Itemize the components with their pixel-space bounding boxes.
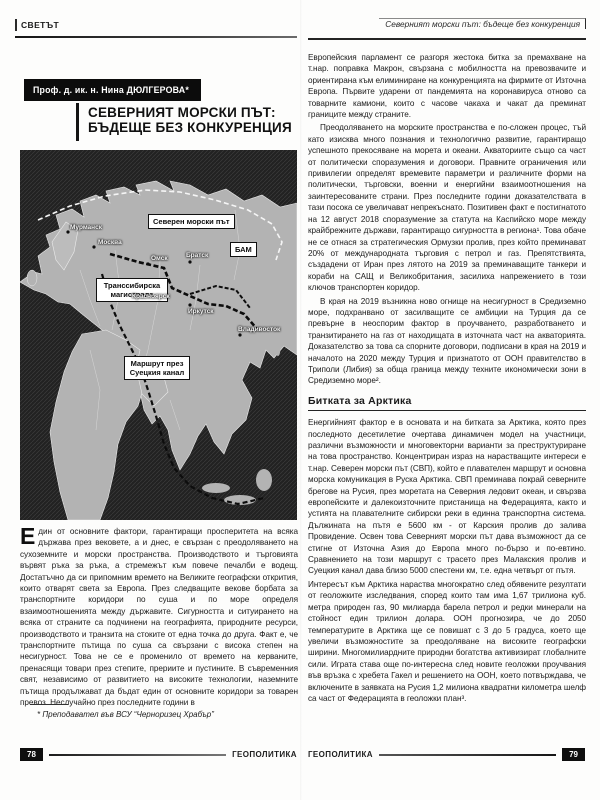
- left-journal-name: ГЕОПОЛИТИКА: [232, 750, 297, 759]
- left-footer: 78 ГЕОПОЛИТИКА: [20, 748, 297, 761]
- section-heading: Битката за Арктика: [308, 396, 586, 411]
- right-footer-rule: [379, 754, 556, 756]
- paragraph: В края на 2019 възникна ново огнище на н…: [308, 296, 586, 387]
- map-city-irkutsk: Иркутск: [188, 308, 214, 315]
- right-footer: ГЕОПОЛИТИКА 79: [308, 748, 585, 761]
- right-body-column: Европейския парламент се разгоря жестока…: [308, 52, 586, 706]
- paragraph: Енергийният фактор е в основата и на бит…: [308, 417, 586, 577]
- author-byline: Проф. д. ик. н. Нина ДЮЛГЕРОВА*: [24, 79, 201, 101]
- map-graphic: [20, 150, 297, 520]
- running-head-text: Северният морски път: бъдеще без конкуре…: [379, 18, 586, 29]
- paragraph: Преодоляването на морските пространства …: [308, 122, 586, 293]
- map-city-murmansk: Мурманск: [70, 224, 102, 231]
- left-body-text: Един от основните фактори, гарантиращи п…: [20, 526, 298, 709]
- right-journal-name: ГЕОПОЛИТИКА: [308, 750, 373, 759]
- article-title-line2: БЪДЕЩЕ БЕЗ КОНКУРЕНЦИЯ: [88, 120, 292, 135]
- map-label-northern-sea-route: Северен морски път: [148, 214, 235, 229]
- article-title-line1: СЕВЕРНИЯТ МОРСКИ ПЪТ:: [88, 105, 292, 120]
- section-kicker: СВЕТЪТ: [15, 19, 59, 31]
- article-title: СЕВЕРНИЯТ МОРСКИ ПЪТ: БЪДЕЩЕ БЕЗ КОНКУРЕ…: [88, 105, 292, 135]
- map-label-bam: БАМ: [230, 242, 257, 257]
- left-body-paragraph: дин от основните фактори, гарантиращи пр…: [20, 527, 298, 707]
- map-city-krasnoyarsk: Красноярск: [132, 293, 170, 300]
- footnote: * Преподавател във ВСУ “Черноризец Храбъ…: [37, 710, 214, 719]
- title-connector-line: [76, 103, 79, 141]
- left-footer-rule: [49, 754, 226, 756]
- footnote-rule: [30, 704, 68, 705]
- route-map-figure: Северен морски път БАМ Транссибирска маг…: [20, 150, 297, 520]
- map-city-moscow: Москва: [98, 239, 122, 246]
- magazine-spread: СВЕТЪТ Проф. д. ик. н. Нина ДЮЛГЕРОВА* С…: [0, 0, 600, 800]
- map-city-vladivostok: Владивосток: [238, 326, 280, 333]
- left-page-number: 78: [20, 748, 43, 761]
- paragraph: Интересът към Арктика нараства многократ…: [308, 579, 586, 704]
- right-page-number: 79: [562, 748, 585, 761]
- dropcap: Е: [20, 527, 35, 546]
- running-head: Северният морски път: бъдеще без конкуре…: [308, 14, 586, 40]
- map-city-omsk: Омск: [151, 255, 168, 262]
- map-city-bratsk: Братск: [186, 252, 208, 259]
- paragraph: Европейския парламент се разгоря жестока…: [308, 52, 586, 120]
- page-seam: [300, 0, 302, 800]
- map-label-suez-route: Маршрут през Суецкия канал: [124, 356, 190, 380]
- kicker-rule: [15, 36, 297, 38]
